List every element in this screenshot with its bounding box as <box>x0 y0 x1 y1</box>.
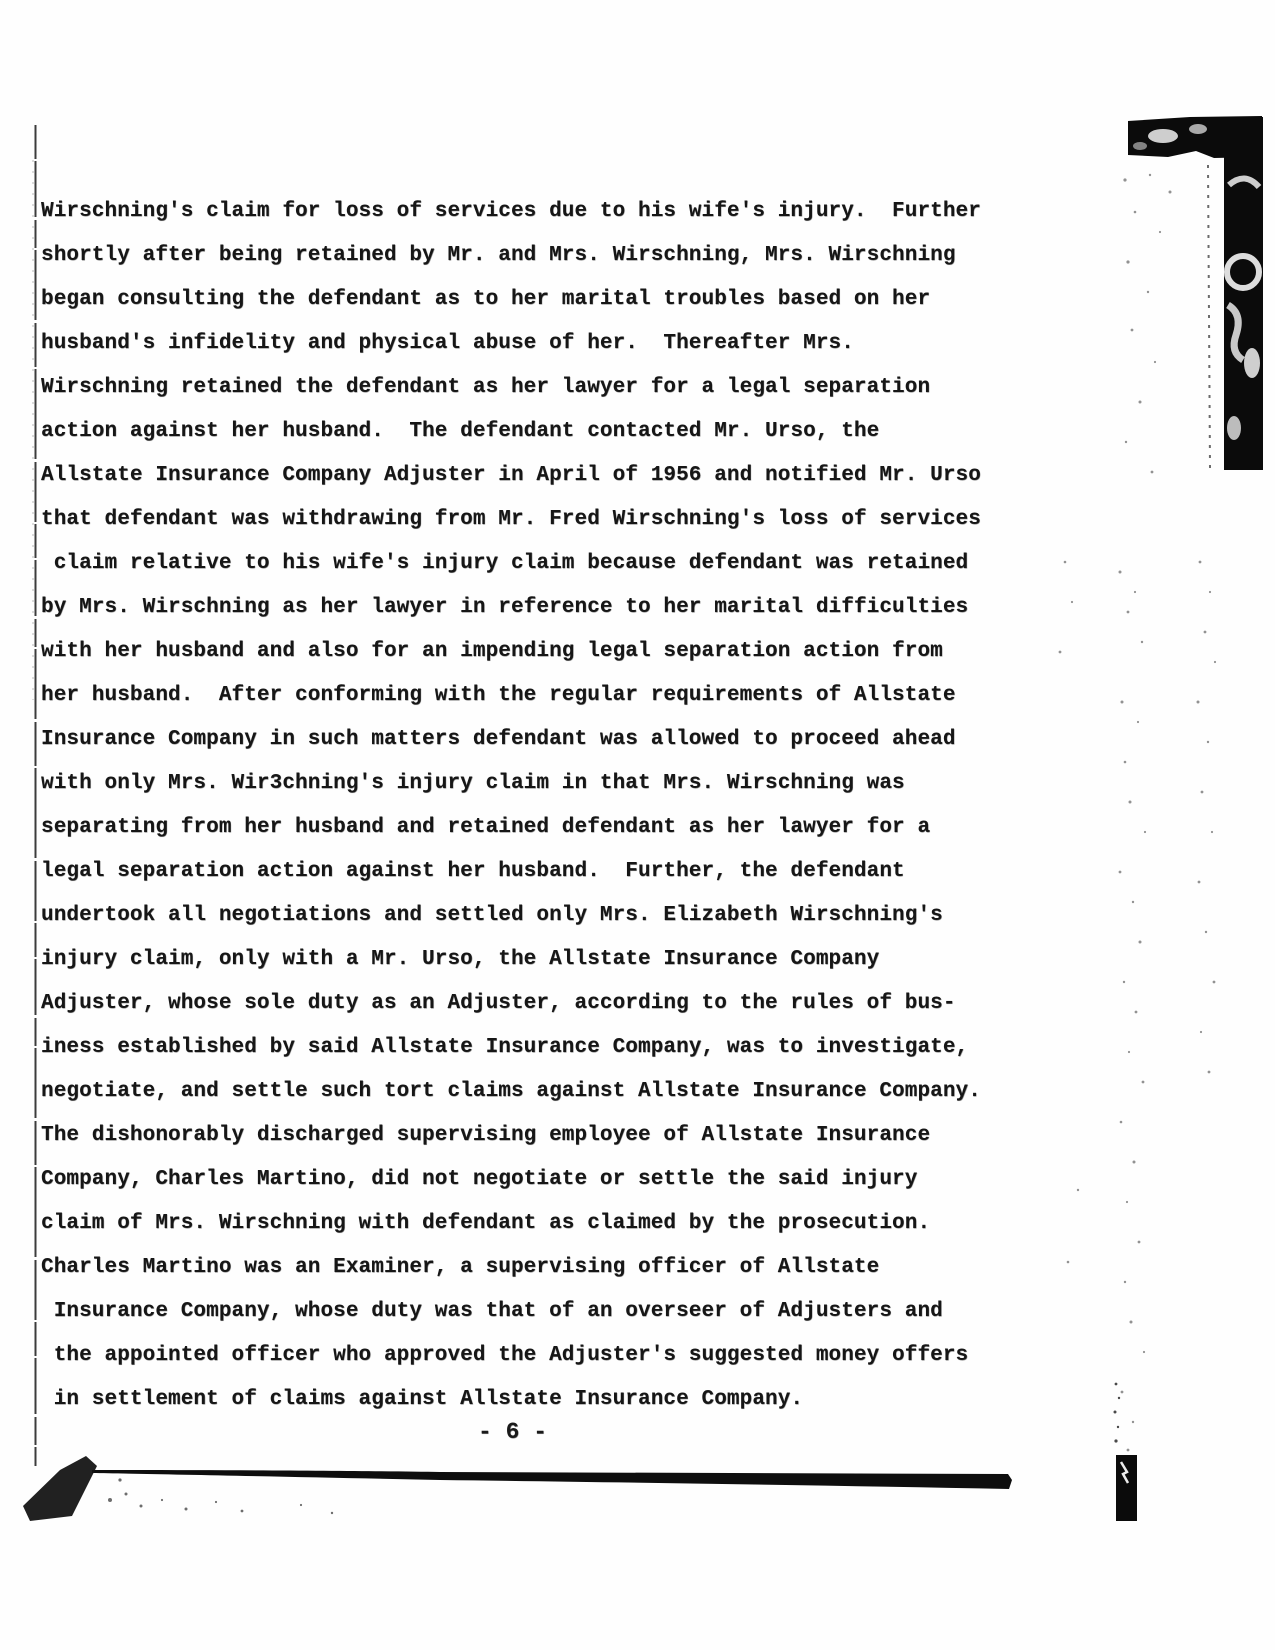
text-line: Charles Martino was an Examiner, a super… <box>41 1246 981 1290</box>
text-line: began consulting the defendant as to her… <box>41 278 981 322</box>
bottom-edge-line <box>92 1470 1012 1489</box>
text-line: Company, Charles Martino, did not negoti… <box>41 1158 981 1202</box>
bottom-right-scan-mark <box>1114 1383 1138 1521</box>
text-line: the appointed officer who approved the A… <box>41 1334 981 1378</box>
right-margin-noise <box>1059 174 1217 1452</box>
text-line: by Mrs. Wirschning as her lawyer in refe… <box>41 586 981 630</box>
text-line: shortly after being retained by Mr. and … <box>41 234 981 278</box>
text-line: The dishonorably discharged supervising … <box>41 1114 981 1158</box>
typewritten-text: Wirschning's claim for loss of services … <box>41 190 981 1422</box>
text-line: with only Mrs. Wir3chning's injury claim… <box>41 762 981 806</box>
text-line: claim of Mrs. Wirschning with defendant … <box>41 1202 981 1246</box>
text-line: Adjuster, whose sole duty as an Adjuster… <box>41 982 981 1026</box>
scanned-document-page: Wirschning's claim for loss of services … <box>0 0 1275 1650</box>
text-line: negotiate, and settle such tort claims a… <box>41 1070 981 1114</box>
bottom-left-smudge <box>23 1456 333 1521</box>
text-line: injury claim, only with a Mr. Urso, the … <box>41 938 981 982</box>
text-line: undertook all negotiations and settled o… <box>41 894 981 938</box>
text-line: Allstate Insurance Company Adjuster in A… <box>41 454 981 498</box>
text-line: husband's infidelity and physical abuse … <box>41 322 981 366</box>
top-right-scan-artifact <box>1128 116 1263 470</box>
page-number: - 6 - <box>478 1410 547 1454</box>
text-line: action against her husband. The defendan… <box>41 410 981 454</box>
text-line: that defendant was withdrawing from Mr. … <box>41 498 981 542</box>
text-line: Insurance Company in such matters defend… <box>41 718 981 762</box>
text-line: separating from her husband and retained… <box>41 806 981 850</box>
text-line: Wirschning's claim for loss of services … <box>41 190 981 234</box>
left-edge-line <box>33 125 36 1466</box>
text-line: her husband. After conforming with the r… <box>41 674 981 718</box>
text-line: Insurance Company, whose duty was that o… <box>41 1290 981 1334</box>
text-line: with her husband and also for an impendi… <box>41 630 981 674</box>
text-line: legal separation action against her husb… <box>41 850 981 894</box>
text-line: claim relative to his wife's injury clai… <box>41 542 981 586</box>
text-line: Wirschning retained the defendant as her… <box>41 366 981 410</box>
text-line: iness established by said Allstate Insur… <box>41 1026 981 1070</box>
